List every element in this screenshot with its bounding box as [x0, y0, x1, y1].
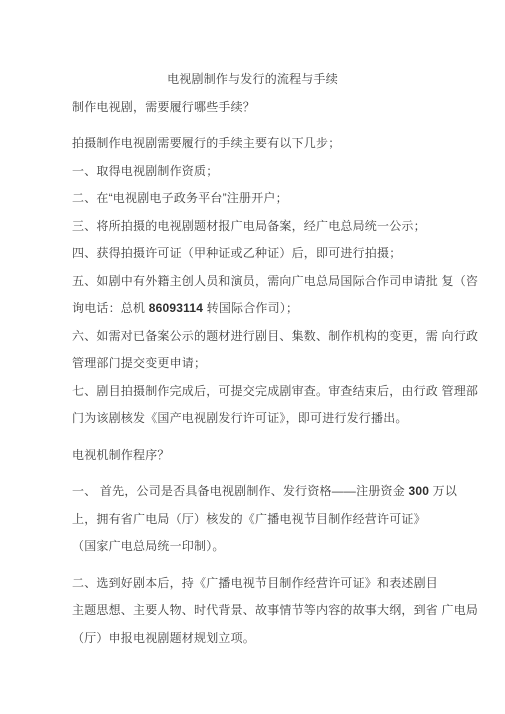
paragraph-line: 一、取得电视剧制作资质； — [72, 158, 465, 186]
text-run: 五、如剧中有外籍主创人员和演员，需向广电总局国际合作司申请批 复（咨 — [72, 274, 478, 288]
paragraph-line: 制作电视剧，需要履行哪些手续？ — [72, 94, 465, 122]
paragraph-line: （厅）申报电视剧题材规划立项。 — [72, 625, 465, 653]
paragraph-line: 上，拥有省广电局（厅）核发的《广播电视节目制作经营许可证》 — [72, 506, 465, 534]
text-run: （厅）申报电视剧题材规划立项。 — [72, 631, 255, 645]
text-run: 二、在“电视剧电子政务平台”注册开户； — [72, 191, 288, 205]
text-run: 主题思想、主要人物、时代背景、故事情节等内容的故事大纲，到省 广电局 — [72, 603, 478, 617]
text-run: 一、 首先，公司是否具备电视剧制作、发行资格——注册资金 — [72, 484, 408, 498]
paragraph-line: 三、将所拍摄的电视剧题材报广电局备案，经广电总局统一公示； — [72, 213, 465, 241]
blank-line — [72, 121, 465, 130]
paragraph-line: 拍摄制作电视剧需要履行的手续主要有以下几步； — [72, 130, 465, 158]
text-run: 电视机制作程序？ — [72, 448, 170, 462]
paragraph-line: 二、选到好剧本后，持《广播电视节目制作经营许可证》和表述剧目 — [72, 570, 465, 598]
text-run: 七、剧目拍摄制作完成后，可提交完成剧审查。审查结束后，由行政 管理部 — [72, 384, 478, 398]
text-run: 拍摄制作电视剧需要履行的手续主要有以下几步； — [72, 136, 340, 150]
paragraph-line: 五、如剧中有外籍主创人员和演员，需向广电总局国际合作司申请批 复（咨 — [72, 268, 465, 296]
text-run: 门为该剧核发《国产电视剧发行许可证》，即可进行发行播出。 — [72, 411, 408, 425]
bold-number: 86093114 — [149, 301, 203, 315]
text-run: 转国际合作司）； — [203, 301, 298, 315]
text-run: （国家广电总局统一印制）。 — [72, 539, 225, 553]
paragraph-line: 四、获得拍摄许可证（甲种证或乙种证）后，即可进行拍摄； — [72, 240, 465, 268]
bold-number: 300 — [408, 484, 429, 498]
text-run: 四、获得拍摄许可证（甲种证或乙种证）后，即可进行拍摄； — [72, 246, 401, 260]
paragraph-line: 七、剧目拍摄制作完成后，可提交完成剧审查。审查结束后，由行政 管理部 — [72, 378, 465, 406]
text-run: 六、如需对已备案公示的题材进行剧目、集数、制作机构的变更，需 向行政 — [72, 329, 478, 343]
paragraph-line: 二、在“电视剧电子政务平台”注册开户； — [72, 185, 465, 213]
text-run: 一、取得电视剧制作资质； — [72, 164, 218, 178]
text-run: 询电话：总机 — [72, 301, 149, 315]
paragraph-line: 门为该剧核发《国产电视剧发行许可证》，即可进行发行播出。 — [72, 405, 465, 433]
text-run: 制作电视剧，需要履行哪些手续？ — [72, 100, 255, 114]
text-run: 电视剧制作与发行的流程与手续 — [167, 72, 338, 86]
paragraph-line: 电视机制作程序？ — [72, 442, 465, 470]
text-run: 万以 — [429, 484, 457, 498]
paragraph-line: 主题思想、主要人物、时代背景、故事情节等内容的故事大纲，到省 广电局 — [72, 597, 465, 625]
document-body: 电视剧制作与发行的流程与手续制作电视剧，需要履行哪些手续？拍摄制作电视剧需要履行… — [0, 0, 505, 652]
text-run: 上，拥有省广电局（厅）核发的《广播电视节目制作经营许可证》 — [72, 512, 426, 526]
blank-line — [72, 561, 465, 570]
blank-line — [72, 469, 465, 478]
document-page: 电视剧制作与发行的流程与手续制作电视剧，需要履行哪些手续？拍摄制作电视剧需要履行… — [0, 0, 505, 714]
paragraph-line: 管理部门提交变更申请； — [72, 350, 465, 378]
blank-line — [72, 433, 465, 442]
text-run: 二、选到好剧本后，持《广播电视节目制作经营许可证》和表述剧目 — [72, 576, 438, 590]
text-run: 管理部门提交变更申请； — [72, 356, 206, 370]
document-title: 电视剧制作与发行的流程与手续 — [0, 66, 505, 94]
paragraph-line: （国家广电总局统一印制）。 — [72, 533, 465, 561]
text-run: 三、将所拍摄的电视剧题材报广电局备案，经广电总局统一公示； — [72, 219, 426, 233]
paragraph-line: 询电话：总机 86093114 转国际合作司）； — [72, 295, 465, 323]
paragraph-line: 一、 首先，公司是否具备电视剧制作、发行资格——注册资金 300 万以 — [72, 478, 465, 506]
paragraph-line: 六、如需对已备案公示的题材进行剧目、集数、制作机构的变更，需 向行政 — [72, 323, 465, 351]
